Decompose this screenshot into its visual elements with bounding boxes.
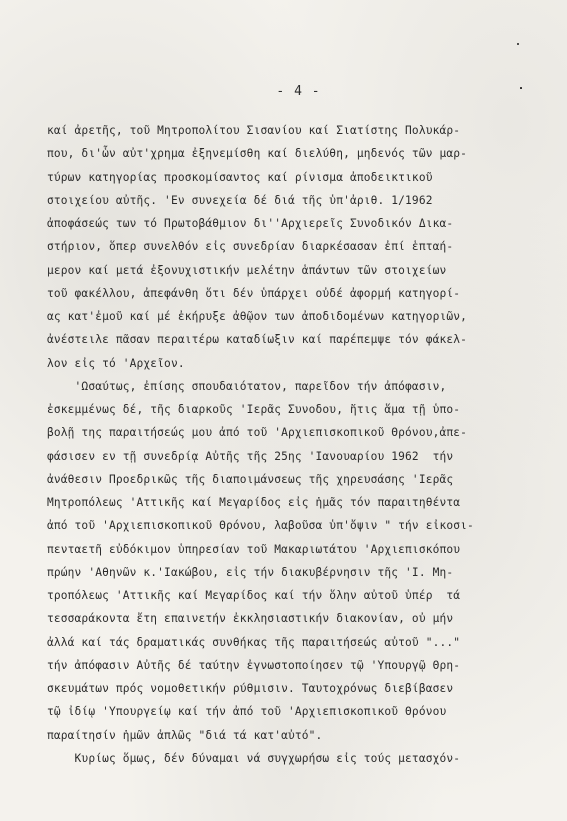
text-line: τοῦ φακέλλου, ἀπεφάνθη ὅτι δέν ὑπάρχει ο… bbox=[47, 287, 460, 301]
text-line: φάσισεν εν τῇ συνεδρίᾳ Αὐτῆς τῆς 25ης 'Ι… bbox=[47, 450, 453, 464]
text-line: παραίτησίν ἡμῶν ἁπλῶς "διά τά κατ'αὐτό". bbox=[47, 729, 322, 743]
text-line: τήν ἀπόφασιν Αὐτῆς δέ ταύτην ἐγνωστοποίη… bbox=[47, 659, 460, 673]
text-line: σκευμάτων πρός νομοθετικήν ρύθμισιν. Ταυ… bbox=[47, 682, 453, 696]
text-line: ας κατ'ἐμοῦ καί μέ ἐκήρυξε ἀθῷον των ἀπο… bbox=[47, 310, 467, 324]
text-line: που, δι'ὧν αὐτ'χρημα ἐξηνεμίσθη καί διελ… bbox=[47, 147, 467, 161]
text-line: ἐσκεμμένως δέ, τῆς διαρκοῦς 'Ιερᾶς Συνοδ… bbox=[47, 403, 460, 417]
text-line: ἀλλά καί τάς δραματικάς συνθήκας τῆς παρ… bbox=[47, 636, 460, 650]
text-line: καί ἀρετῆς, τοῦ Μητροπολίτου Σισανίου κα… bbox=[47, 124, 460, 138]
text-line: τῷ ἰδίῳ 'Υπουργείῳ καί τήν ἀπό τοῦ 'Αρχι… bbox=[47, 705, 446, 719]
text-line: Κυρίως ὅμως, δέν δύναμαι νά συγχωρήσω εἰ… bbox=[47, 752, 460, 766]
text-line: πενταετῆ εὐδόκιμον ὑπηρεσίαν τοῦ Μακαριω… bbox=[47, 543, 460, 557]
text-line: μερον καί μετά ἐξονυχιστικήν μελέτην ἁπά… bbox=[47, 264, 446, 278]
text-line: ἀπό τοῦ 'Αρχιεπισκοπικοῦ Θρόνου, λαβοῦσα… bbox=[47, 519, 474, 533]
paper-speck bbox=[517, 43, 519, 45]
text-line: πρώην 'Αθηνῶν κ.'Ιακώβου, εἰς τήν διακυβ… bbox=[47, 566, 453, 580]
text-line: 'Ωσαύτως, ἐπίσης σπουδαιότατον, παρεῖδον… bbox=[47, 380, 446, 394]
text-line: ἀποφάσεώς των τό Πρωτοβάθμιον δι''Αρχιερ… bbox=[47, 217, 453, 231]
text-line: ἀνάθεσιν Προεδρικῶς τῆς διαποιμάνσεως τῆ… bbox=[47, 473, 453, 487]
text-line: τροπόλεως 'Αττικῆς καί Μεγαρίδος καί τήν… bbox=[47, 589, 460, 603]
typewritten-page: - 4 - καί ἀρετῆς, τοῦ Μητροπολίτου Σισαν… bbox=[0, 0, 567, 821]
text-line: λον εἰς τό 'Αρχεῖον. bbox=[47, 357, 185, 371]
text-line: στοιχείου αὐτῆς. 'Εν συνεχεία δέ διά τῆς… bbox=[47, 194, 433, 208]
text-line: στήριον, ὅπερ συνελθόν εἰς συνεδρίαν δια… bbox=[47, 240, 453, 254]
text-line: βολῇ της παραιτήσεώς μου ἀπό τοῦ 'Αρχιεπ… bbox=[47, 426, 467, 440]
text-line: τεσσαράκοντα ἔτη επαινετήν ἐκκλησιαστική… bbox=[47, 612, 453, 626]
text-line: ἀνέστειλε πᾶσαν περαιτέρω καταδίωξιν καί… bbox=[47, 333, 467, 347]
text-line: τύρων κατηγορίας προσκομίσαντος καί ρίνι… bbox=[47, 171, 433, 185]
page-number: - 4 - bbox=[0, 84, 567, 99]
text-line: Μητροπόλεως 'Αττικῆς καί Μεγαρίδος εἰς ἡ… bbox=[47, 496, 460, 510]
